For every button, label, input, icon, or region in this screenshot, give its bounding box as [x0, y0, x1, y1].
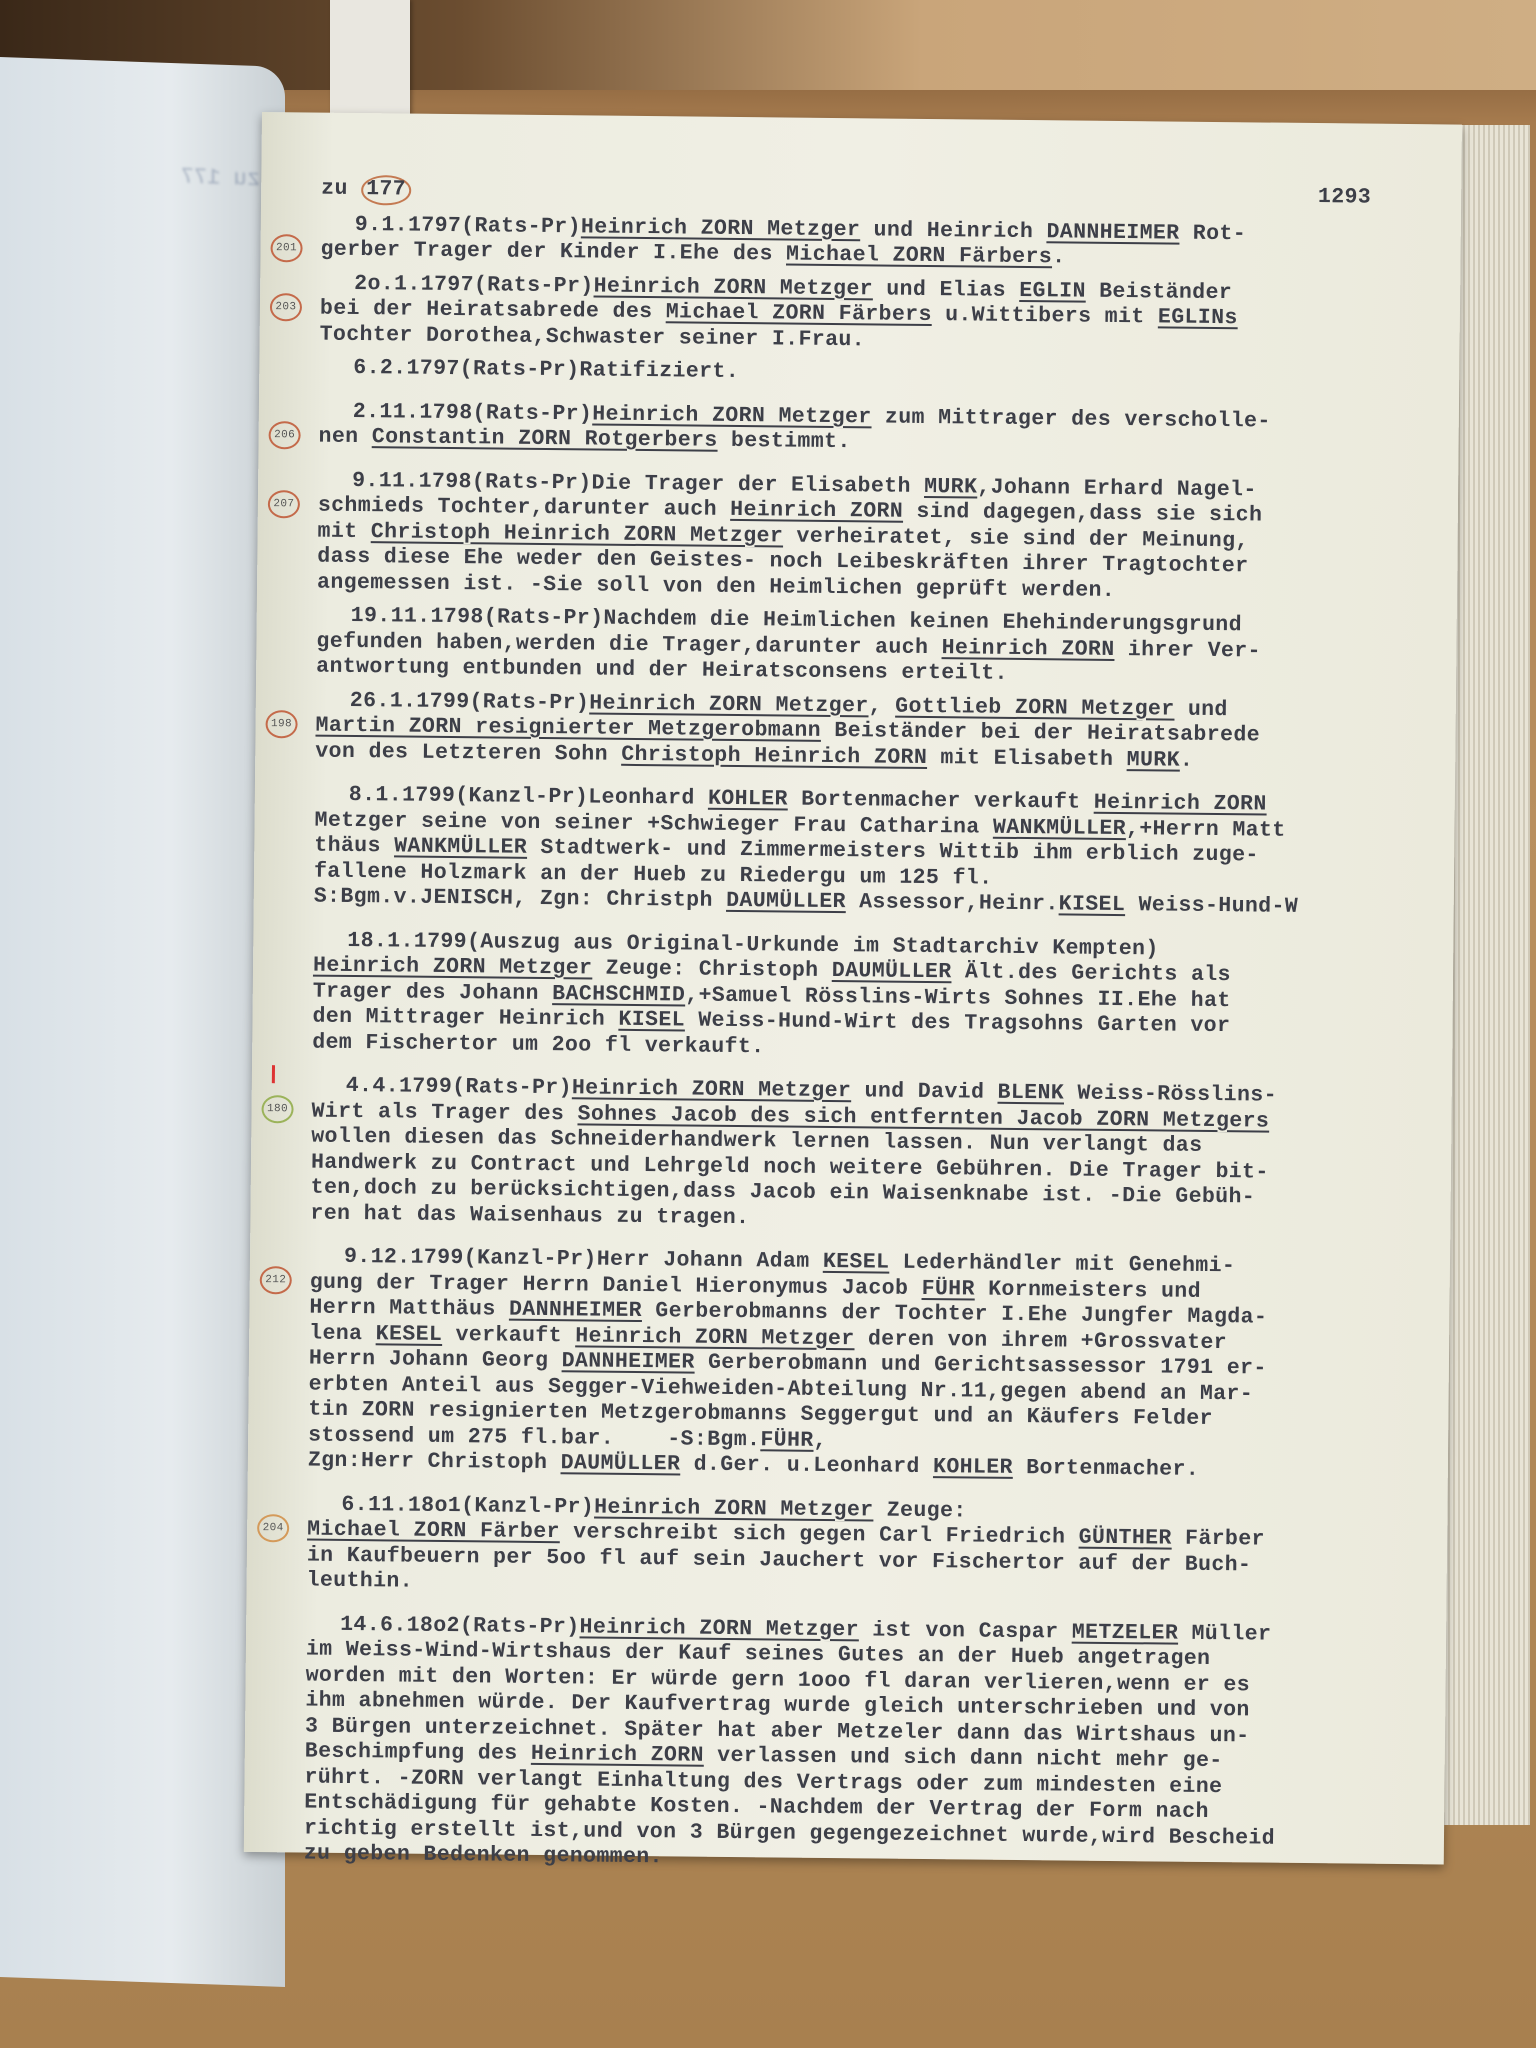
entry-text: Heinrich ZORN Metzger Zeuge: [594, 1495, 967, 1523]
entry: 1804.4.1799(Rats-Pr)Heinrich ZORN Metzge… [310, 1074, 1432, 1239]
entry-date: 2o.1.1797(Rats-Pr) [354, 271, 594, 298]
entry: 2129.12.1799(Kanzl-Pr)Herr Johann Adam K… [308, 1245, 1430, 1486]
reference-prefix: zu [321, 177, 348, 201]
entry: 2032o.1.1797(Rats-Pr)Heinrich ZORN Metzg… [320, 271, 1441, 359]
entry: 2079.11.1798(Rats-Pr)Die Trager der Elis… [317, 468, 1438, 607]
entry: 19.11.1798(Rats-Pr)Nachdem die Heimliche… [316, 604, 1437, 692]
red-tick-mark [272, 1065, 275, 1083]
entry-date: 14.6.18o2(Rats-Pr) [340, 1612, 580, 1639]
margin-annotation: 203 [270, 293, 302, 321]
document-page: zu 177 1293 2019.1.1797(Rats-Pr)Heinrich… [244, 112, 1462, 1864]
margin-annotation: 207 [268, 490, 300, 518]
bookmark-strip [330, 0, 410, 120]
left-page: zu 177 [0, 57, 285, 1987]
entry-date: 4.4.1799(Rats-Pr) [346, 1074, 572, 1100]
margin-annotation: 180 [261, 1095, 293, 1123]
entry: 14.6.18o2(Rats-Pr)Heinrich ZORN Metzger … [304, 1612, 1427, 1879]
entry: 2062.11.1798(Rats-Pr)Heinrich ZORN Metzg… [318, 399, 1438, 462]
page-content: zu 177 1293 2019.1.1797(Rats-Pr)Heinrich… [304, 175, 1442, 1879]
margin-annotation: 204 [257, 1514, 289, 1542]
entry-date: 8.1.1799(Kanzl-Pr) [349, 783, 589, 810]
entry: 6.2.1797(Rats-Pr)Ratifiziert. [319, 356, 1439, 393]
entry: 19826.1.1799(Rats-Pr)Heinrich ZORN Metzg… [315, 688, 1436, 776]
entry: 2019.1.1797(Rats-Pr)Heinrich ZORN Metzge… [320, 212, 1440, 275]
entry-date: 6.11.18o1(Kanzl-Pr) [341, 1492, 594, 1519]
entry-date: 2.11.1798(Rats-Pr) [353, 399, 593, 426]
margin-annotation: 212 [260, 1266, 292, 1294]
left-page-bleedthrough-ref: zu 177 [0, 157, 260, 194]
entry-date: 9.1.1797(Rats-Pr) [355, 212, 581, 238]
entry-text: Ratifiziert. [579, 358, 739, 384]
entry-date: 9.11.1798(Rats-Pr) [352, 468, 592, 495]
entry: 8.1.1799(Kanzl-Pr)Leonhard KOHLER Borten… [314, 783, 1435, 922]
entry-date: 19.11.1798(Rats-Pr) [351, 604, 604, 631]
entry: 2046.11.18o1(Kanzl-Pr)Heinrich ZORN Metz… [306, 1492, 1427, 1606]
page-header: zu 177 1293 [321, 175, 1441, 216]
entry-date: 6.2.1797(Rats-Pr) [353, 356, 579, 382]
reference: zu 177 [321, 175, 411, 205]
entries-list: 2019.1.1797(Rats-Pr)Heinrich ZORN Metzge… [304, 212, 1441, 1879]
entry: 18.1.1799(Auszug aus Original-Urkunde im… [312, 928, 1433, 1067]
entry-date: 26.1.1799(Rats-Pr) [350, 688, 590, 715]
reference-number: 177 [361, 175, 411, 205]
margin-annotation: 206 [268, 421, 300, 449]
entry-date: 9.12.1799(Kanzl-Pr) [344, 1245, 597, 1272]
entry-line: 6.2.1797(Rats-Pr)Ratifiziert. [319, 356, 1439, 393]
margin-annotation: 201 [270, 234, 302, 262]
page-number: 1293 [1318, 185, 1372, 215]
margin-annotation: 198 [265, 710, 297, 738]
